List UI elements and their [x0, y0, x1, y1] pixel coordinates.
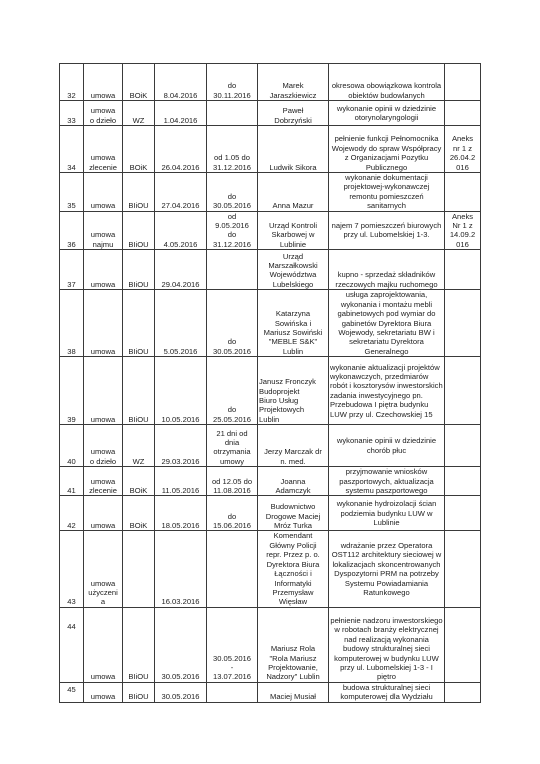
cell-contract-date: 5.05.2016 [155, 290, 207, 357]
table-row: 39umowaBIiOU10.05.2016do 25.05.2016Janus… [60, 357, 481, 425]
cell-contractor-name: Mariusz Rola "Rola Mariusz Projektowanie… [258, 607, 329, 682]
cell-department [123, 531, 155, 607]
cell-contract-period: do 15.06.2016 [207, 496, 258, 531]
table-row: 37umowaBIiOU29.04.2016Urząd Marszałkowsk… [60, 250, 481, 290]
cell-department: WZ [123, 101, 155, 126]
cell-contract-period: 30.05.2016 - 13.07.2016 [207, 607, 258, 682]
cell-contract-type: umowa zlecenie [84, 467, 123, 496]
cell-notes [445, 250, 481, 290]
cell-contract-type: umowa [84, 496, 123, 531]
cell-contract-date: 26.04.2016 [155, 126, 207, 173]
cell-contractor-name: Urząd Kontroli Skarbowej w Lublinie [258, 211, 329, 250]
cell-contract-date: 10.05.2016 [155, 357, 207, 425]
cell-contract-date: 1.04.2016 [155, 101, 207, 126]
cell-contract-date: 18.05.2016 [155, 496, 207, 531]
document-page: 32umowaBOiK8.04.2016do 30.11.2016Marek J… [0, 0, 540, 764]
cell-row-number: 40 [60, 425, 84, 467]
cell-contract-subject: pełnienie funkcji Pełnomocnika Wojewody … [329, 126, 445, 173]
cell-notes [445, 425, 481, 467]
cell-contract-date: 8.04.2016 [155, 64, 207, 101]
cell-department: BIiOU [123, 250, 155, 290]
cell-department: WZ [123, 425, 155, 467]
cell-contract-date: 4.05.2016 [155, 211, 207, 250]
cell-contract-type: umowa o dzieło [84, 425, 123, 467]
cell-contract-type: umowa [84, 250, 123, 290]
cell-department: BIiOU [123, 682, 155, 702]
cell-contract-date: 30.05.2016 [155, 682, 207, 702]
table-row: 32umowaBOiK8.04.2016do 30.11.2016Marek J… [60, 64, 481, 101]
table-row: 45umowaBIiOU30.05.2016Maciej Musiałbudow… [60, 682, 481, 702]
cell-contract-period: od 12.05 do 11.08.2016 [207, 467, 258, 496]
cell-row-number: 38 [60, 290, 84, 357]
cell-contract-date: 16.03.2016 [155, 531, 207, 607]
cell-contract-subject: okresowa obowiązkowa kontrola obiektów b… [329, 64, 445, 101]
cell-contract-subject: wykonanie dokumentacji projektowej-wykon… [329, 173, 445, 212]
cell-contractor-name: Urząd Marszałkowski Województwa Lubelski… [258, 250, 329, 290]
cell-row-number: 41 [60, 467, 84, 496]
cell-contract-period [207, 531, 258, 607]
cell-department: BOiK [123, 467, 155, 496]
cell-contract-type: umowa [84, 173, 123, 212]
cell-contract-subject: pełnienie nadzoru inwestorskiego w robot… [329, 607, 445, 682]
table-row: 36umowa najmuBIiOU4.05.2016od 9.05.2016 … [60, 211, 481, 250]
cell-department: BIiOU [123, 211, 155, 250]
cell-row-number: 33 [60, 101, 84, 126]
cell-notes [445, 496, 481, 531]
cell-contract-date: 11.05.2016 [155, 467, 207, 496]
cell-notes [445, 357, 481, 425]
contracts-table: 32umowaBOiK8.04.2016do 30.11.2016Marek J… [59, 63, 481, 703]
cell-department: BOiK [123, 64, 155, 101]
cell-department: BIiOU [123, 173, 155, 212]
cell-contractor-name: Anna Mazur [258, 173, 329, 212]
cell-contract-period: do 30.05.2016 [207, 173, 258, 212]
cell-contract-period: 21 dni od dnia otrzymania umowy [207, 425, 258, 467]
cell-contract-subject: wykonanie aktualizacji projektów wykonaw… [329, 357, 445, 425]
cell-row-number: 39 [60, 357, 84, 425]
cell-contract-period [207, 682, 258, 702]
cell-contract-period: do 25.05.2016 [207, 357, 258, 425]
cell-contract-subject: wykonanie opinii w dziedzinie chorób płu… [329, 425, 445, 467]
cell-contract-type: umowa użyczeni a [84, 531, 123, 607]
cell-department: BOiK [123, 496, 155, 531]
cell-contract-subject: usługa zaprojektowania, wykonania i mont… [329, 290, 445, 357]
cell-department: BIiOU [123, 290, 155, 357]
cell-contractor-name: Maciej Musiał [258, 682, 329, 702]
table-row: 43umowa użyczeni a16.03.2016Komendant Gł… [60, 531, 481, 607]
cell-notes [445, 101, 481, 126]
cell-notes [445, 173, 481, 212]
cell-contract-period [207, 250, 258, 290]
cell-contract-subject: kupno - sprzedaż składników rzeczowych m… [329, 250, 445, 290]
cell-notes [445, 531, 481, 607]
cell-contract-type: umowa [84, 607, 123, 682]
cell-notes [445, 682, 481, 702]
cell-notes [445, 290, 481, 357]
cell-row-number: 35 [60, 173, 84, 212]
cell-row-number: 42 [60, 496, 84, 531]
cell-contract-type: umowa [84, 357, 123, 425]
cell-department: BOiK [123, 126, 155, 173]
cell-contractor-name: Jerzy Marczak dr n. med. [258, 425, 329, 467]
cell-contract-subject: wdrażanie przez Operatora OST112 archite… [329, 531, 445, 607]
cell-contract-type: umowa [84, 64, 123, 101]
cell-notes [445, 607, 481, 682]
cell-contract-type: umowa zlecenie [84, 126, 123, 173]
cell-contractor-name: Janusz Fronczyk Budoprojekt Biuro Usług … [258, 357, 329, 425]
cell-row-number: 34 [60, 126, 84, 173]
cell-contract-period: do 30.11.2016 [207, 64, 258, 101]
cell-notes [445, 467, 481, 496]
table-row: 40umowa o dziełoWZ29.03.201621 dni od dn… [60, 425, 481, 467]
cell-contract-date: 27.04.2016 [155, 173, 207, 212]
table-row: 33umowa o dziełoWZ1.04.2016Paweł Dobrzyń… [60, 101, 481, 126]
cell-row-number: 32 [60, 64, 84, 101]
cell-department: BIiOU [123, 607, 155, 682]
cell-notes: Aneks nr 1 z 26.04.2 016 [445, 126, 481, 173]
table-row: 38umowaBIiOU5.05.2016do 30.05.2016Katarz… [60, 290, 481, 357]
cell-contract-subject: przyjmowanie wniosków paszportowych, akt… [329, 467, 445, 496]
table-row: 41umowa zlecenieBOiK11.05.2016od 12.05 d… [60, 467, 481, 496]
cell-contract-date: 30.05.2016 [155, 607, 207, 682]
cell-department: BIiOU [123, 357, 155, 425]
cell-notes: Aneks Nr 1 z 14.09.2 016 [445, 211, 481, 250]
cell-contract-period: do 30.05.2016 [207, 290, 258, 357]
table-row: 44umowaBIiOU30.05.201630.05.2016 - 13.07… [60, 607, 481, 682]
cell-contract-subject: wykonanie hydroizolacji ścian podziemia … [329, 496, 445, 531]
table-row: 42umowaBOiK18.05.2016do 15.06.2016Budown… [60, 496, 481, 531]
cell-contractor-name: Marek Jaraszkiewicz [258, 64, 329, 101]
cell-row-number: 44 [60, 607, 84, 682]
cell-contractor-name: Komendant Główny Policji repr. Przez p. … [258, 531, 329, 607]
cell-row-number: 43 [60, 531, 84, 607]
cell-contract-date: 29.04.2016 [155, 250, 207, 290]
cell-contractor-name: Katarzyna Sowińska i Mariusz Sowiński "M… [258, 290, 329, 357]
cell-notes [445, 64, 481, 101]
cell-contract-date: 29.03.2016 [155, 425, 207, 467]
cell-contract-subject: budowa strukturalnej sieci komputerowej … [329, 682, 445, 702]
cell-contract-type: umowa najmu [84, 211, 123, 250]
cell-contractor-name: Paweł Dobrzyński [258, 101, 329, 126]
cell-contract-period: od 9.05.2016 do 31.12.2016 [207, 211, 258, 250]
cell-row-number: 36 [60, 211, 84, 250]
table-row: 35umowaBIiOU27.04.2016do 30.05.2016Anna … [60, 173, 481, 212]
cell-contract-type: umowa o dzieło [84, 101, 123, 126]
cell-contract-period [207, 101, 258, 126]
table-row: 34umowa zlecenieBOiK26.04.2016od 1.05 do… [60, 126, 481, 173]
cell-contractor-name: Ludwik Sikora [258, 126, 329, 173]
cell-contract-type: umowa [84, 682, 123, 702]
cell-contract-period: od 1.05 do 31.12.2016 [207, 126, 258, 173]
cell-row-number: 37 [60, 250, 84, 290]
cell-contractor-name: Budownictwo Drogowe Maciej Mróz Turka [258, 496, 329, 531]
cell-contract-type: umowa [84, 290, 123, 357]
cell-contract-subject: wykonanie opinii w dziedzinie otorynolar… [329, 101, 445, 126]
cell-contract-subject: najem 7 pomieszczeń biurowych przy ul. L… [329, 211, 445, 250]
contracts-table-body: 32umowaBOiK8.04.2016do 30.11.2016Marek J… [60, 64, 481, 703]
cell-row-number: 45 [60, 682, 84, 702]
cell-contractor-name: Joanna Adamczyk [258, 467, 329, 496]
